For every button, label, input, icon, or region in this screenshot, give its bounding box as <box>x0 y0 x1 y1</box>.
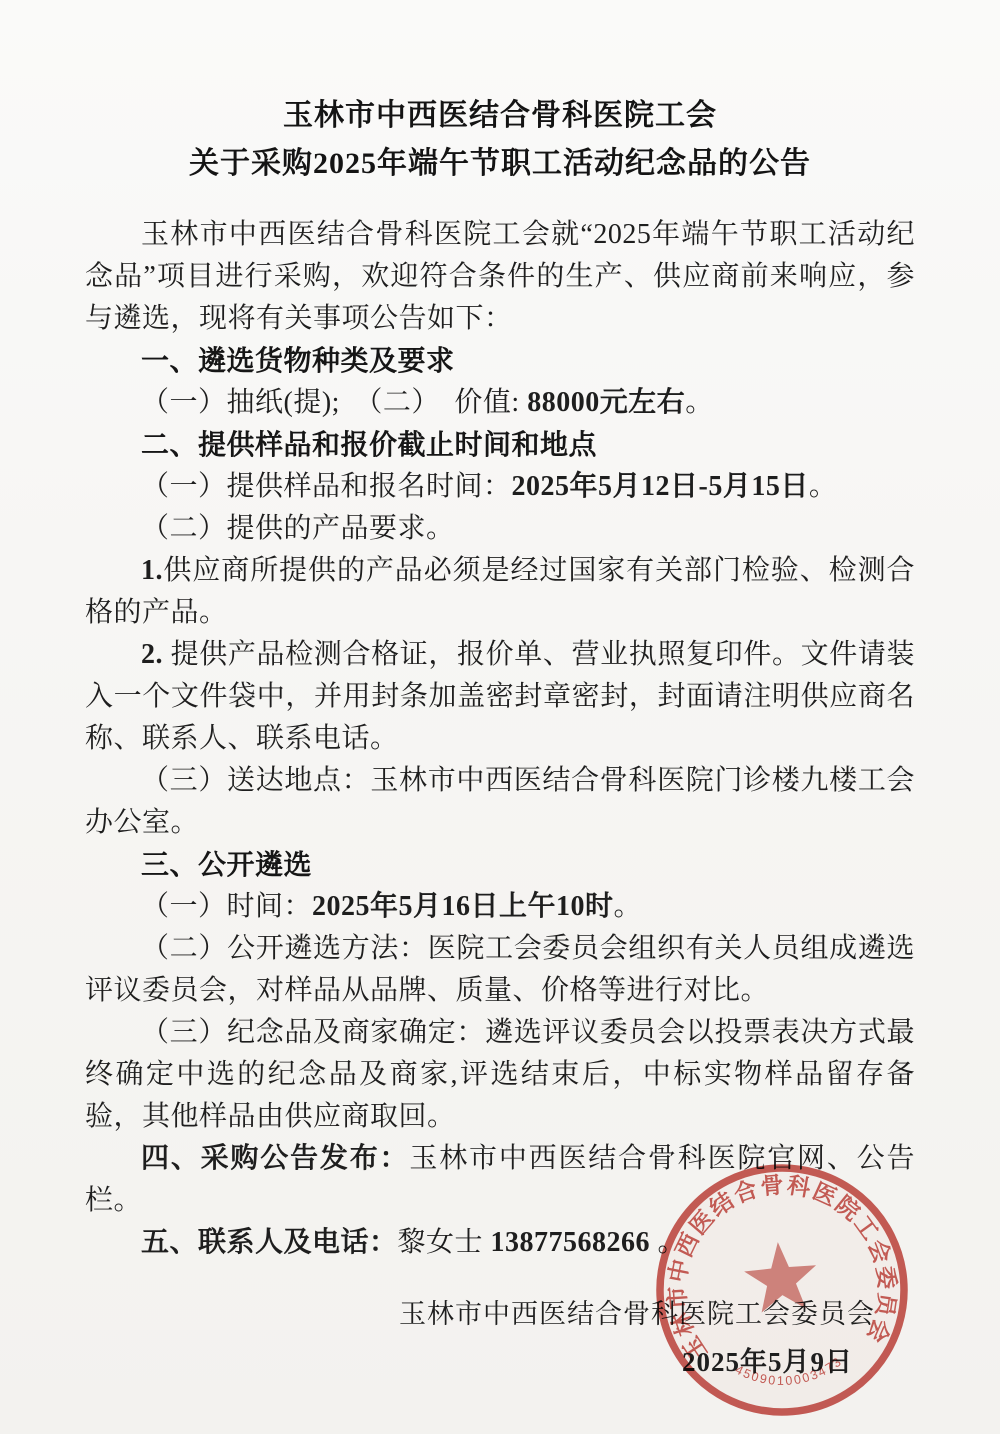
section-heading: 三、公开遴选 <box>85 844 915 886</box>
document-body: 玉林市中西医结合骨科医院工会就“2025年端午节职工活动纪念品”项目进行采购，欢… <box>85 214 915 1264</box>
text-segment: 四、采购公告发布： <box>141 1143 409 1174</box>
section-heading: 一、遴选货物种类及要求 <box>85 340 915 382</box>
paragraph: （二）提供的产品要求。 <box>85 508 915 550</box>
announcement-page: 玉林市中西医结合骨科医院工会 关于采购2025年端午节职工活动纪念品的公告 玉林… <box>0 0 1000 1434</box>
text-segment: （一）时间： <box>141 891 312 922</box>
text-segment: 。 <box>809 471 838 502</box>
text-segment: 。 <box>614 891 643 922</box>
title-line-2: 关于采购2025年端午节职工活动纪念品的公告 <box>85 140 915 188</box>
section-heading: 二、提供样品和报价截止时间和地点 <box>85 424 915 466</box>
text-segment: 。 <box>685 387 714 418</box>
text-segment: 二、提供样品和报价截止时间和地点 <box>141 429 597 460</box>
text-segment: 提供产品检测合格证，报价单、营业执照复印件。文件请装入一个文件袋中，并用封条加盖… <box>85 639 915 754</box>
signature-block: 玉林市中西医结合骨科医院工会委员会 2025年5月9日 <box>85 1290 915 1386</box>
text-segment: （一）抽纸(提); （二） 价值: <box>141 387 527 418</box>
text-segment: （二）提供的产品要求。 <box>141 513 455 544</box>
paragraph: 四、采购公告发布：玉林市中西医结合骨科医院官网、公告栏。 <box>85 1138 915 1222</box>
text-segment: 玉林市中西医结合骨科医院工会就“2025年端午节职工活动纪念品”项目进行采购，欢… <box>85 219 915 334</box>
text-segment: 五、联系人及电话： <box>141 1227 398 1258</box>
paragraph: （三）送达地点：玉林市中西医结合骨科医院门诊楼九楼工会办公室。 <box>85 760 915 844</box>
text-segment: 供应商所提供的产品必须是经过国家有关部门检验、检测合格的产品。 <box>85 555 915 628</box>
paragraph: 五、联系人及电话：黎女士 13877568266 。 <box>85 1222 915 1264</box>
document: 玉林市中西医结合骨科医院工会 关于采购2025年端午节职工活动纪念品的公告 玉林… <box>0 0 1000 1434</box>
text-segment: （三）送达地点：玉林市中西医结合骨科医院门诊楼九楼工会办公室。 <box>85 765 915 838</box>
paragraph: 2. 提供产品检测合格证，报价单、营业执照复印件。文件请装入一个文件袋中，并用封… <box>85 634 915 760</box>
text-segment: 2025年5月12日-5月15日 <box>512 471 809 502</box>
paragraph: 1.供应商所提供的产品必须是经过国家有关部门检验、检测合格的产品。 <box>85 550 915 634</box>
text-segment: 一、遴选货物种类及要求 <box>141 345 455 376</box>
paragraph: （三）纪念品及商家确定：遴选评议委员会以投票表决方式最终确定中选的纪念品及商家,… <box>85 1012 915 1138</box>
text-segment: 。 <box>650 1227 686 1258</box>
document-title: 玉林市中西医结合骨科医院工会 关于采购2025年端午节职工活动纪念品的公告 <box>85 92 915 188</box>
title-line-1: 玉林市中西医结合骨科医院工会 <box>85 92 915 140</box>
signature-org: 玉林市中西医结合骨科医院工会委员会 <box>85 1290 915 1338</box>
signature-date: 2025年5月9日 <box>85 1338 915 1386</box>
text-segment: （二）公开遴选方法：医院工会委员会组织有关人员组成遴选评议委员会，对样品从品牌、… <box>85 933 915 1006</box>
text-segment: 黎女士 <box>398 1227 491 1258</box>
text-segment: （三）纪念品及商家确定：遴选评议委员会以投票表决方式最终确定中选的纪念品及商家,… <box>85 1017 915 1132</box>
text-segment: 13877568266 <box>491 1227 651 1258</box>
text-segment: 88000元左右 <box>527 387 685 418</box>
text-segment: （一）提供样品和报名时间： <box>141 471 512 502</box>
paragraph: （二）公开遴选方法：医院工会委员会组织有关人员组成遴选评议委员会，对样品从品牌、… <box>85 928 915 1012</box>
text-segment: 2025年5月16日上午10时 <box>312 891 614 922</box>
paragraph: 玉林市中西医结合骨科医院工会就“2025年端午节职工活动纪念品”项目进行采购，欢… <box>85 214 915 340</box>
paragraph: （一）抽纸(提); （二） 价值: 88000元左右。 <box>85 382 915 424</box>
paragraph: （一）提供样品和报名时间：2025年5月12日-5月15日。 <box>85 466 915 508</box>
text-segment: 三、公开遴选 <box>141 849 312 880</box>
text-segment: 2. <box>141 639 171 670</box>
paragraph: （一）时间：2025年5月16日上午10时。 <box>85 886 915 928</box>
text-segment: 1. <box>141 555 163 586</box>
